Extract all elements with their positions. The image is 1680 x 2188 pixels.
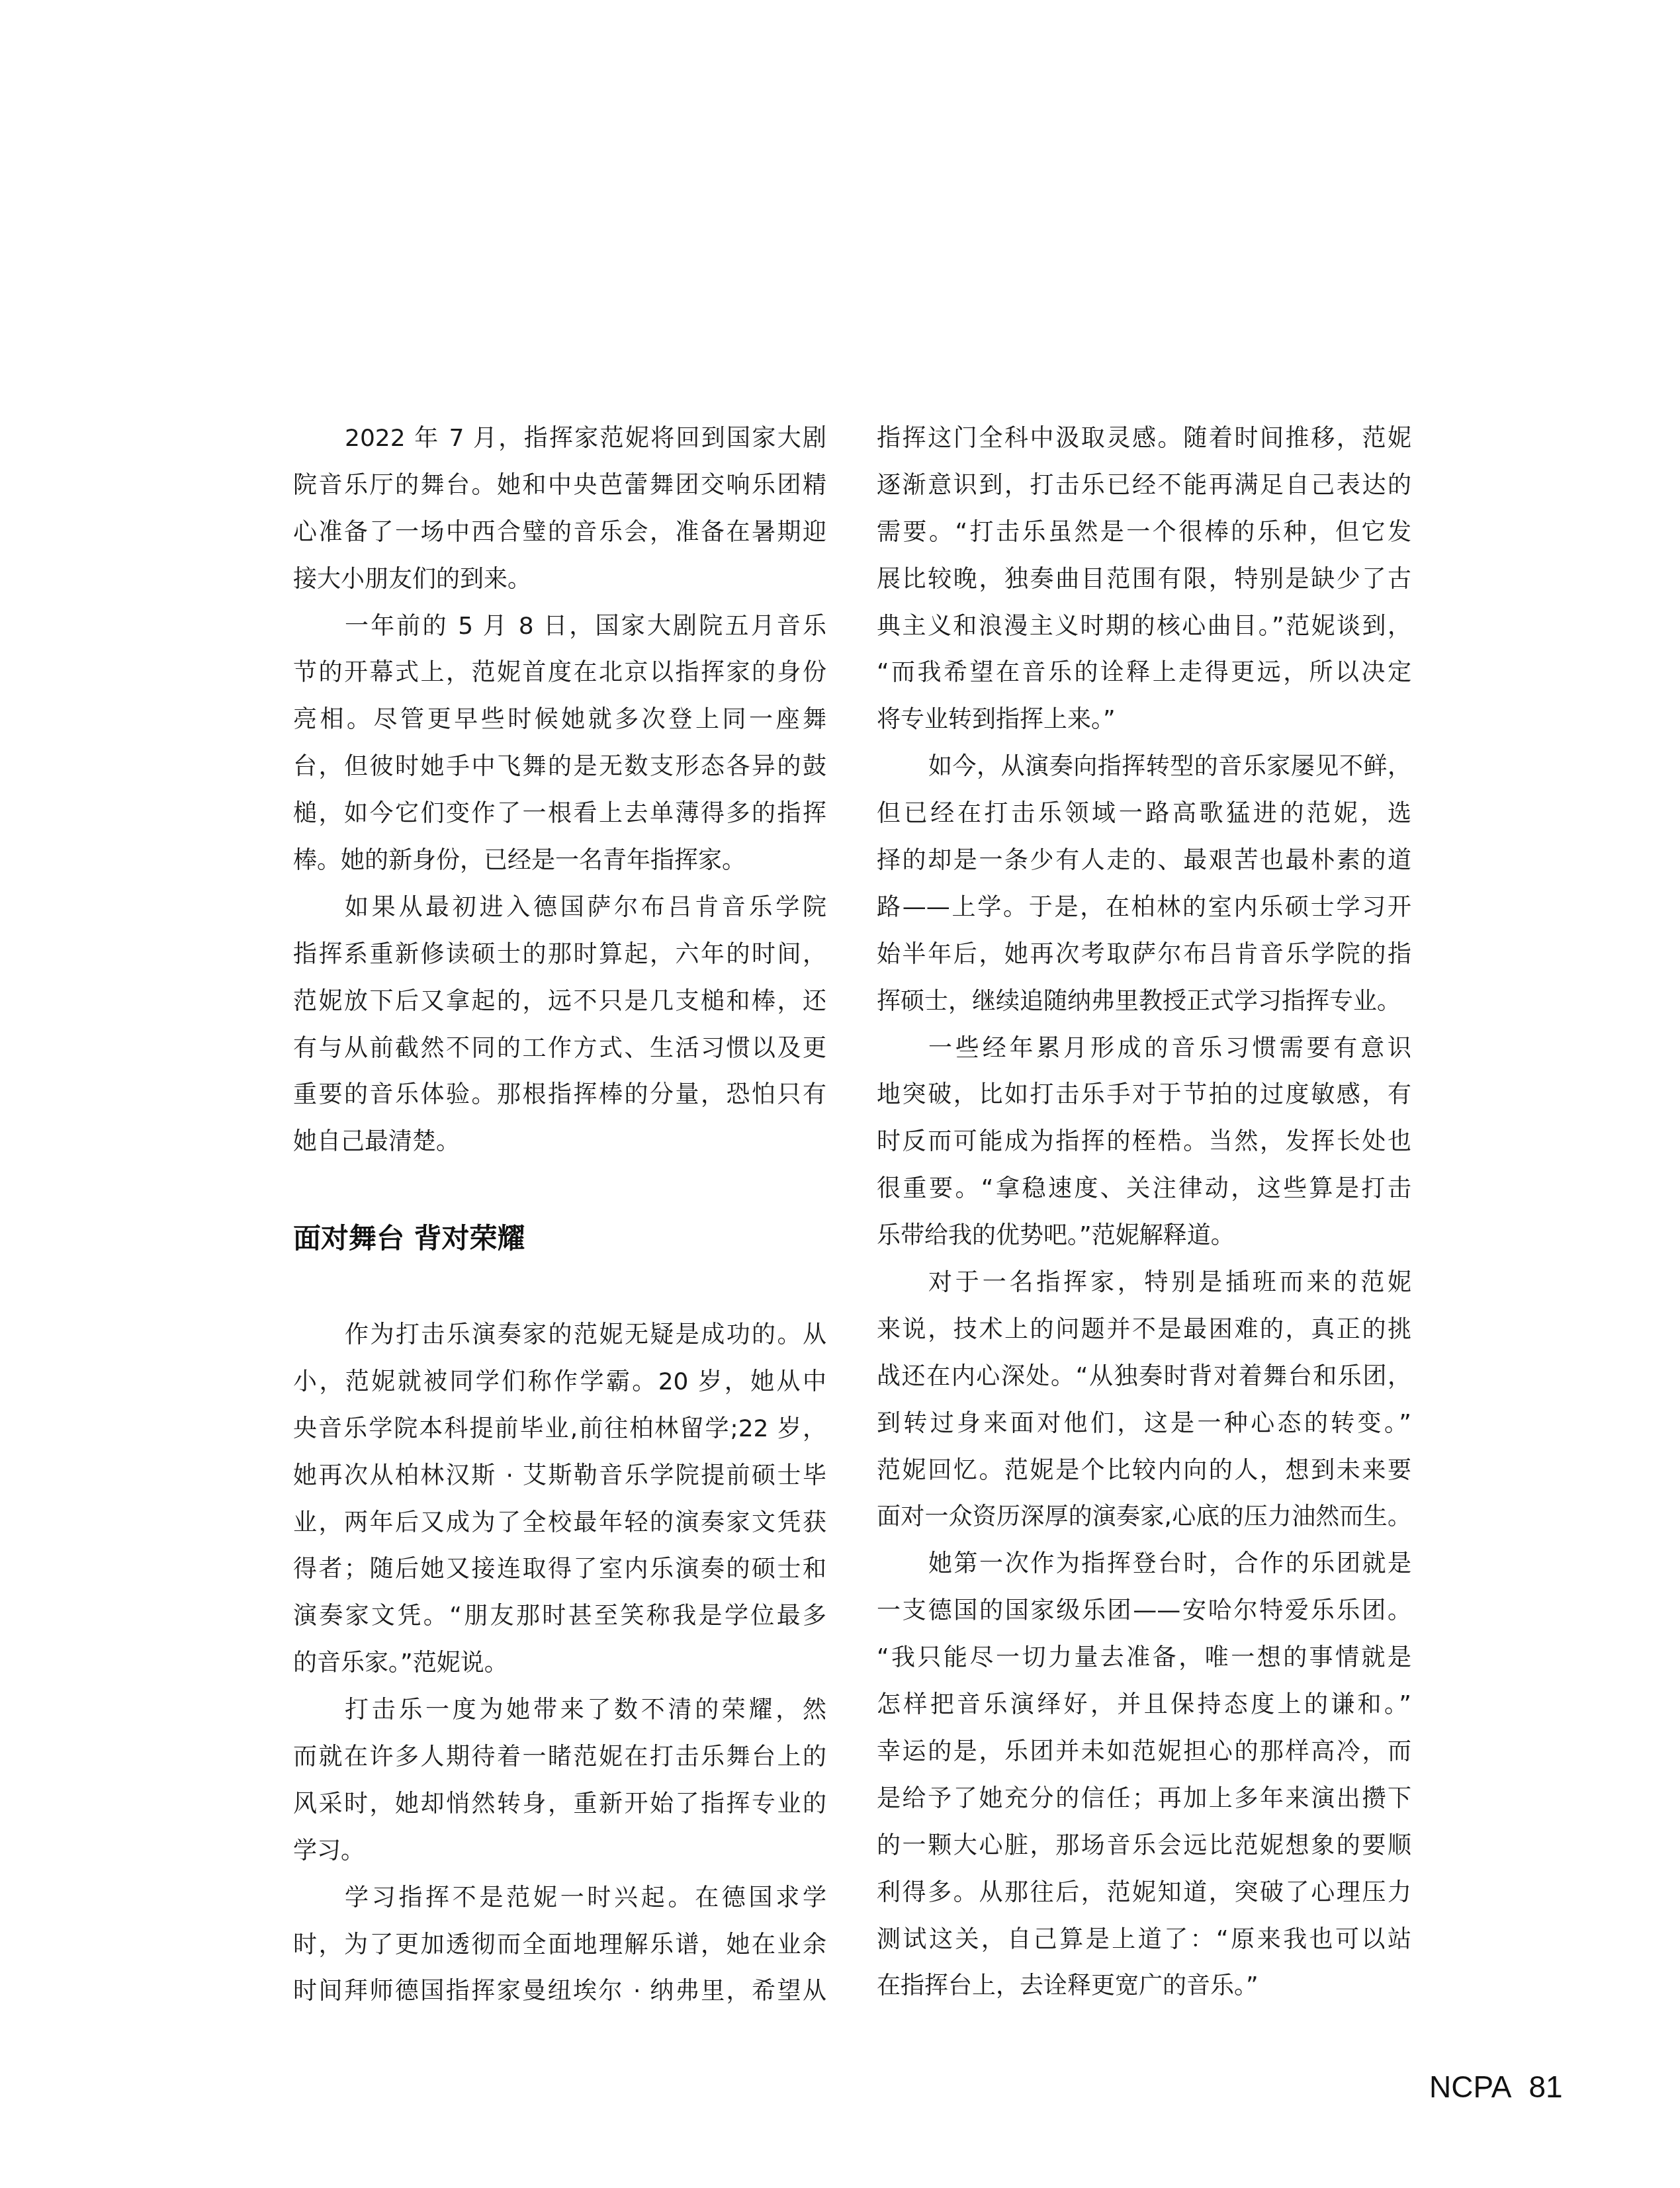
text-line: 来说，技术上的问题并不是最困难的，真正的挑 <box>877 1307 1411 1354</box>
text-line: 测试这关，自己算是上道了：“原来我也可以站 <box>877 1917 1411 1964</box>
text-line: 她第一次作为指挥登台时，合作的乐团就是 <box>877 1541 1411 1588</box>
text-line: 挥硕士，继续追随纳弗里教授正式学习指挥专业。 <box>877 979 1411 1026</box>
text-line: 央音乐学院本科提前毕业,前往柏林留学;22 岁， <box>293 1406 826 1453</box>
page-footer: NCPA81 <box>1429 2067 1563 2107</box>
text-line: 乐带给我的优势吧。”范妮解释道。 <box>877 1213 1411 1260</box>
paragraph: 一年前的 5 月 8 日，国家大剧院五月音乐 节的开幕式上，范妮首度在北京以指挥… <box>293 603 826 885</box>
paragraph: 一些经年累月形成的音乐习惯需要有意识 地突破，比如打击乐手对于节拍的过度敏感，有… <box>877 1026 1411 1260</box>
text-line: 指挥系重新修读硕士的那时算起，六年的时间， <box>293 932 826 979</box>
text-line: 一支德国的国家级乐团——安哈尔特爱乐乐团。 <box>877 1588 1411 1635</box>
text-line: 范妮回忆。范妮是个比较内向的人，想到未来要 <box>877 1448 1411 1495</box>
text-line: 槌，如今它们变作了一根看上去单薄得多的指挥 <box>293 791 826 838</box>
text-line: 将专业转到指挥上来。” <box>877 697 1411 744</box>
text-line: 亮相。尽管更早些时候她就多次登上同一座舞 <box>293 697 826 744</box>
text-line: 是给予了她充分的信任；再加上多年来演出攒下 <box>877 1776 1411 1823</box>
text-line: “我只能尽一切力量去准备，唯一想的事情就是 <box>877 1635 1411 1682</box>
text-line: 时反而可能成为指挥的桎梏。当然，发挥长处也 <box>877 1119 1411 1166</box>
text-line: 接大小朋友们的到来。 <box>293 556 826 603</box>
text-line: 打击乐一度为她带来了数不清的荣耀，然 <box>293 1687 826 1734</box>
text-line: 一年前的 5 月 8 日，国家大剧院五月音乐 <box>293 603 826 650</box>
text-line: 而就在许多人期待着一睹范妮在打击乐舞台上的 <box>293 1734 826 1781</box>
text-line: 院音乐厅的舞台。她和中央芭蕾舞团交响乐团精 <box>293 462 826 509</box>
magazine-name: NCPA <box>1429 2070 1511 2104</box>
text-line: 很重要。“拿稳速度、关注律动，这些算是打击 <box>877 1166 1411 1213</box>
text-line: 时间拜师德国指挥家曼纽埃尔 · 纳弗里，希望从 <box>293 1968 826 2015</box>
paragraph: 2022 年 7 月，指挥家范妮将回到国家大剧 院音乐厅的舞台。她和中央芭蕾舞团… <box>293 416 826 603</box>
text-line: 典主义和浪漫主义时期的核心曲目。”范妮谈到， <box>877 603 1411 650</box>
text-line: 始半年后，她再次考取萨尔布吕肯音乐学院的指 <box>877 932 1411 979</box>
text-line: 怎样把音乐演绎好，并且保持态度上的谦和。” <box>877 1682 1411 1729</box>
text-line: 展比较晚，独奏曲目范围有限，特别是缺少了古 <box>877 556 1411 603</box>
text-line: 如果从最初进入德国萨尔布吕肯音乐学院 <box>293 885 826 932</box>
text-line: 演奏家文凭。“朋友那时甚至笑称我是学位最多 <box>293 1593 826 1640</box>
text-line: 对于一名指挥家，特别是插班而来的范妮 <box>877 1260 1411 1307</box>
text-line: 得者；随后她又接连取得了室内乐演奏的硕士和 <box>293 1546 826 1593</box>
text-line: 心准备了一场中西合璧的音乐会，准备在暑期迎 <box>293 509 826 556</box>
text-line: 需要。“打击乐虽然是一个很棒的乐种，但它发 <box>877 509 1411 556</box>
right-column: 指挥这门全科中汲取灵感。随着时间推移，范妮 逐渐意识到，打击乐已经不能再满足自己… <box>877 416 1411 2010</box>
paragraph: 指挥这门全科中汲取灵感。随着时间推移，范妮 逐渐意识到，打击乐已经不能再满足自己… <box>877 416 1411 744</box>
text-line: 但已经在打击乐领域一路高歌猛进的范妮，选 <box>877 791 1411 838</box>
left-column-section-1: 2022 年 7 月，指挥家范妮将回到国家大剧 院音乐厅的舞台。她和中央芭蕾舞团… <box>293 416 826 1166</box>
section-heading: 面对舞台 背对荣耀 <box>293 1212 525 1265</box>
text-line: 利得多。从那往后，范妮知道，突破了心理压力 <box>877 1870 1411 1917</box>
text-line: 节的开幕式上，范妮首度在北京以指挥家的身份 <box>293 650 826 697</box>
text-line: 战还在内心深处。“从独奏时背对着舞台和乐团， <box>877 1354 1411 1401</box>
text-line: 范妮放下后又拿起的，远不只是几支槌和棒，还 <box>293 979 826 1026</box>
text-line: 业，两年后又成为了全校最年轻的演奏家文凭获 <box>293 1500 826 1547</box>
text-line: 的一颗大心脏，那场音乐会远比范妮想象的要顺 <box>877 1823 1411 1870</box>
paragraph: 打击乐一度为她带来了数不清的荣耀，然 而就在许多人期待着一睹范妮在打击乐舞台上的… <box>293 1687 826 1875</box>
text-line: 学习。 <box>293 1828 826 1875</box>
text-line: 2022 年 7 月，指挥家范妮将回到国家大剧 <box>293 416 826 462</box>
paragraph: 作为打击乐演奏家的范妮无疑是成功的。从 小，范妮就被同学们称作学霸。20 岁，她… <box>293 1312 826 1687</box>
paragraph: 对于一名指挥家，特别是插班而来的范妮 来说，技术上的问题并不是最困难的，真正的挑… <box>877 1260 1411 1541</box>
page-number: 81 <box>1528 2070 1562 2104</box>
text-line: 学习指挥不是范妮一时兴起。在德国求学 <box>293 1875 826 1922</box>
text-line: 择的却是一条少有人走的、最艰苦也最朴素的道 <box>877 838 1411 885</box>
text-line: 风采时，她却悄然转身，重新开始了指挥专业的 <box>293 1781 826 1828</box>
paragraph: 学习指挥不是范妮一时兴起。在德国求学 时，为了更加透彻而全面地理解乐谱，她在业余… <box>293 1875 826 2016</box>
text-line: 作为打击乐演奏家的范妮无疑是成功的。从 <box>293 1312 826 1359</box>
text-line: 路——上学。于是，在柏林的室内乐硕士学习开 <box>877 885 1411 932</box>
paragraph: 如果从最初进入德国萨尔布吕肯音乐学院 指挥系重新修读硕士的那时算起，六年的时间，… <box>293 885 826 1166</box>
text-line: 地突破，比如打击乐手对于节拍的过度敏感，有 <box>877 1072 1411 1119</box>
text-line: 棒。她的新身份，已经是一名青年指挥家。 <box>293 838 826 885</box>
text-line: “而我希望在音乐的诠释上走得更远，所以决定 <box>877 650 1411 697</box>
text-line: 在指挥台上，去诠释更宽广的音乐。” <box>877 1963 1411 2010</box>
text-line: 逐渐意识到，打击乐已经不能再满足自己表达的 <box>877 462 1411 509</box>
text-line: 一些经年累月形成的音乐习惯需要有意识 <box>877 1026 1411 1072</box>
text-line: 如今，从演奏向指挥转型的音乐家屡见不鲜， <box>877 744 1411 791</box>
text-line: 有与从前截然不同的工作方式、生活习惯以及更 <box>293 1026 826 1072</box>
text-line: 她再次从柏林汉斯 · 艾斯勒音乐学院提前硕士毕 <box>293 1453 826 1500</box>
left-column-section-2: 作为打击乐演奏家的范妮无疑是成功的。从 小，范妮就被同学们称作学霸。20 岁，她… <box>293 1312 826 2015</box>
text-line: 指挥这门全科中汲取灵感。随着时间推移，范妮 <box>877 416 1411 462</box>
text-line: 时，为了更加透彻而全面地理解乐谱，她在业余 <box>293 1922 826 1969</box>
text-line: 重要的音乐体验。那根指挥棒的分量，恐怕只有 <box>293 1072 826 1119</box>
paragraph: 如今，从演奏向指挥转型的音乐家屡见不鲜， 但已经在打击乐领域一路高歌猛进的范妮，… <box>877 744 1411 1025</box>
text-line: 她自己最清楚。 <box>293 1119 826 1166</box>
text-line: 幸运的是，乐团并未如范妮担心的那样高冷，而 <box>877 1729 1411 1776</box>
text-line: 的音乐家。”范妮说。 <box>293 1640 826 1687</box>
text-line: 小，范妮就被同学们称作学霸。20 岁，她从中 <box>293 1359 826 1406</box>
text-line: 到转过身来面对他们，这是一种心态的转变。” <box>877 1401 1411 1448</box>
text-line: 面对一众资历深厚的演奏家,心底的压力油然而生。 <box>877 1494 1411 1541</box>
paragraph: 她第一次作为指挥登台时，合作的乐团就是 一支德国的国家级乐团——安哈尔特爱乐乐团… <box>877 1541 1411 2010</box>
text-line: 台，但彼时她手中飞舞的是无数支形态各异的鼓 <box>293 744 826 791</box>
